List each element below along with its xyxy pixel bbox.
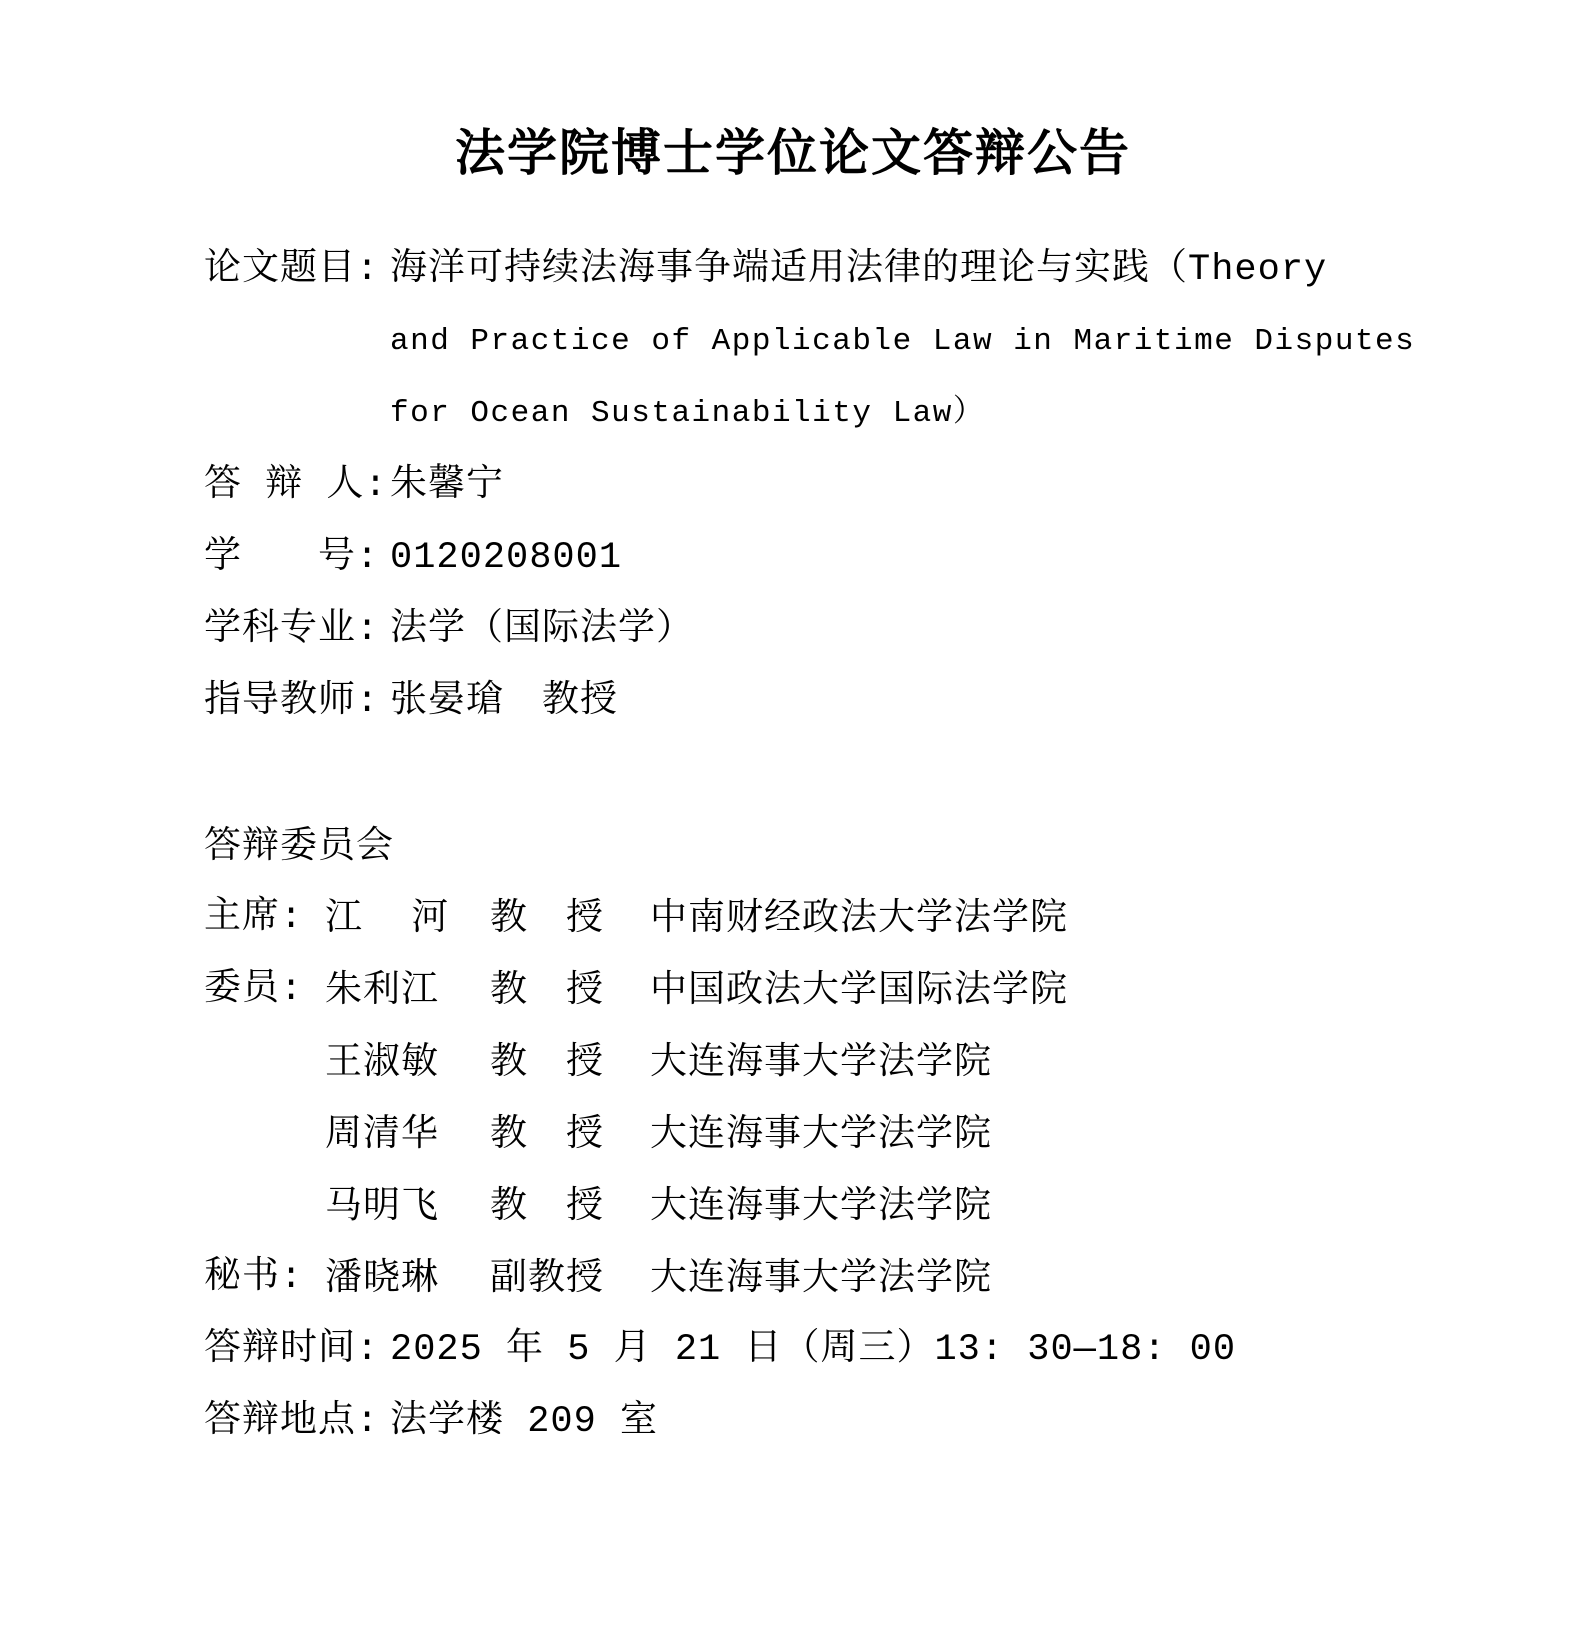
committee-row-member: 委员: 朱利江 教 授 中国政法大学国际法学院 [204, 954, 1436, 1026]
committee-member-name: 朱利江 [325, 954, 490, 1026]
committee-member-institution: 大连海事大学法学院 [650, 1170, 992, 1242]
info-row-candidate: 答 辩 人: 朱馨宁 [204, 450, 1436, 522]
info-row-student-id: 学 号: 0120208001 [204, 522, 1436, 594]
committee-member-institution: 大连海事大学法学院 [650, 1098, 992, 1170]
committee-row-chair: 主席: 江 河 教 授 中南财经政法大学法学院 [204, 882, 1436, 954]
thesis-title-label: 论文题目: [204, 234, 390, 306]
info-row-supervisor: 指导教师: 张晏瑲 教授 [204, 666, 1436, 738]
major-label: 学科专业: [204, 594, 390, 666]
committee-row-member: 王淑敏 教 授 大连海事大学法学院 [204, 1026, 1436, 1098]
document-body: 论文题目: 海洋可持续法海事争端适用法律的理论与实践（Theory and Pr… [0, 234, 1586, 1458]
info-row-defense-location: 答辩地点: 法学楼 209 室 [204, 1386, 1436, 1458]
defense-time-label: 答辩时间: [204, 1314, 390, 1386]
page-title: 法学院博士学位论文答辩公告 [0, 122, 1586, 184]
candidate-name: 朱馨宁 [390, 450, 504, 522]
committee-member-name: 潘晓琳 [325, 1242, 490, 1314]
committee-member-title: 教 授 [490, 954, 650, 1026]
supervisor-label: 指导教师: [204, 666, 390, 738]
committee-heading-row: 答辩委员会 [204, 810, 1436, 882]
committee-role: 主席: [204, 882, 325, 954]
defense-location-label: 答辩地点: [204, 1386, 390, 1458]
committee-member-name: 王淑敏 [325, 1026, 490, 1098]
thesis-title-content: 海洋可持续法海事争端适用法律的理论与实践（Theory and Practice… [390, 234, 1415, 450]
blank-line [204, 738, 1436, 810]
thesis-title-line-2: and Practice of Applicable Law in Mariti… [390, 306, 1415, 378]
announcement-document: 法学院博士学位论文答辩公告 论文题目: 海洋可持续法海事争端适用法律的理论与实践… [0, 0, 1586, 1629]
committee-role: 秘书: [204, 1242, 325, 1314]
committee-member-institution: 大连海事大学法学院 [650, 1242, 992, 1314]
committee-heading: 答辩委员会 [204, 810, 394, 882]
committee-member-name: 周清华 [325, 1098, 490, 1170]
committee-row-member: 马明飞 教 授 大连海事大学法学院 [204, 1170, 1436, 1242]
defense-time-value: 2025 年 5 月 21 日（周三）13: 30—18: 00 [390, 1314, 1236, 1386]
committee-member-institution: 大连海事大学法学院 [650, 1026, 992, 1098]
info-row-thesis-title: 论文题目: 海洋可持续法海事争端适用法律的理论与实践（Theory and Pr… [204, 234, 1436, 450]
thesis-title-line-1: 海洋可持续法海事争端适用法律的理论与实践（Theory [390, 234, 1415, 306]
committee-member-title: 教 授 [490, 1026, 650, 1098]
info-row-major: 学科专业: 法学（国际法学） [204, 594, 1436, 666]
committee-member-institution: 中国政法大学国际法学院 [650, 954, 1068, 1026]
committee-member-title: 教 授 [490, 1098, 650, 1170]
committee-member-name: 马明飞 [325, 1170, 490, 1242]
supervisor-value: 张晏瑲 教授 [390, 666, 618, 738]
student-id-label: 学 号: [204, 522, 390, 594]
major-value: 法学（国际法学） [390, 594, 694, 666]
candidate-label: 答 辩 人: [204, 450, 390, 522]
info-row-defense-time: 答辩时间: 2025 年 5 月 21 日（周三）13: 30—18: 00 [204, 1314, 1436, 1386]
thesis-title-line-3: for Ocean Sustainability Law） [390, 378, 1415, 450]
committee-member-title: 教 授 [490, 882, 650, 954]
committee-role: 委员: [204, 954, 325, 1026]
committee-member-institution: 中南财经政法大学法学院 [650, 882, 1068, 954]
committee-member-name: 江 河 [325, 882, 490, 954]
committee-row-member: 周清华 教 授 大连海事大学法学院 [204, 1098, 1436, 1170]
committee-member-title: 教 授 [490, 1170, 650, 1242]
student-id-value: 0120208001 [390, 522, 622, 594]
committee-member-title: 副教授 [490, 1242, 650, 1314]
defense-location-value: 法学楼 209 室 [390, 1386, 658, 1458]
committee-row-secretary: 秘书: 潘晓琳 副教授 大连海事大学法学院 [204, 1242, 1436, 1314]
